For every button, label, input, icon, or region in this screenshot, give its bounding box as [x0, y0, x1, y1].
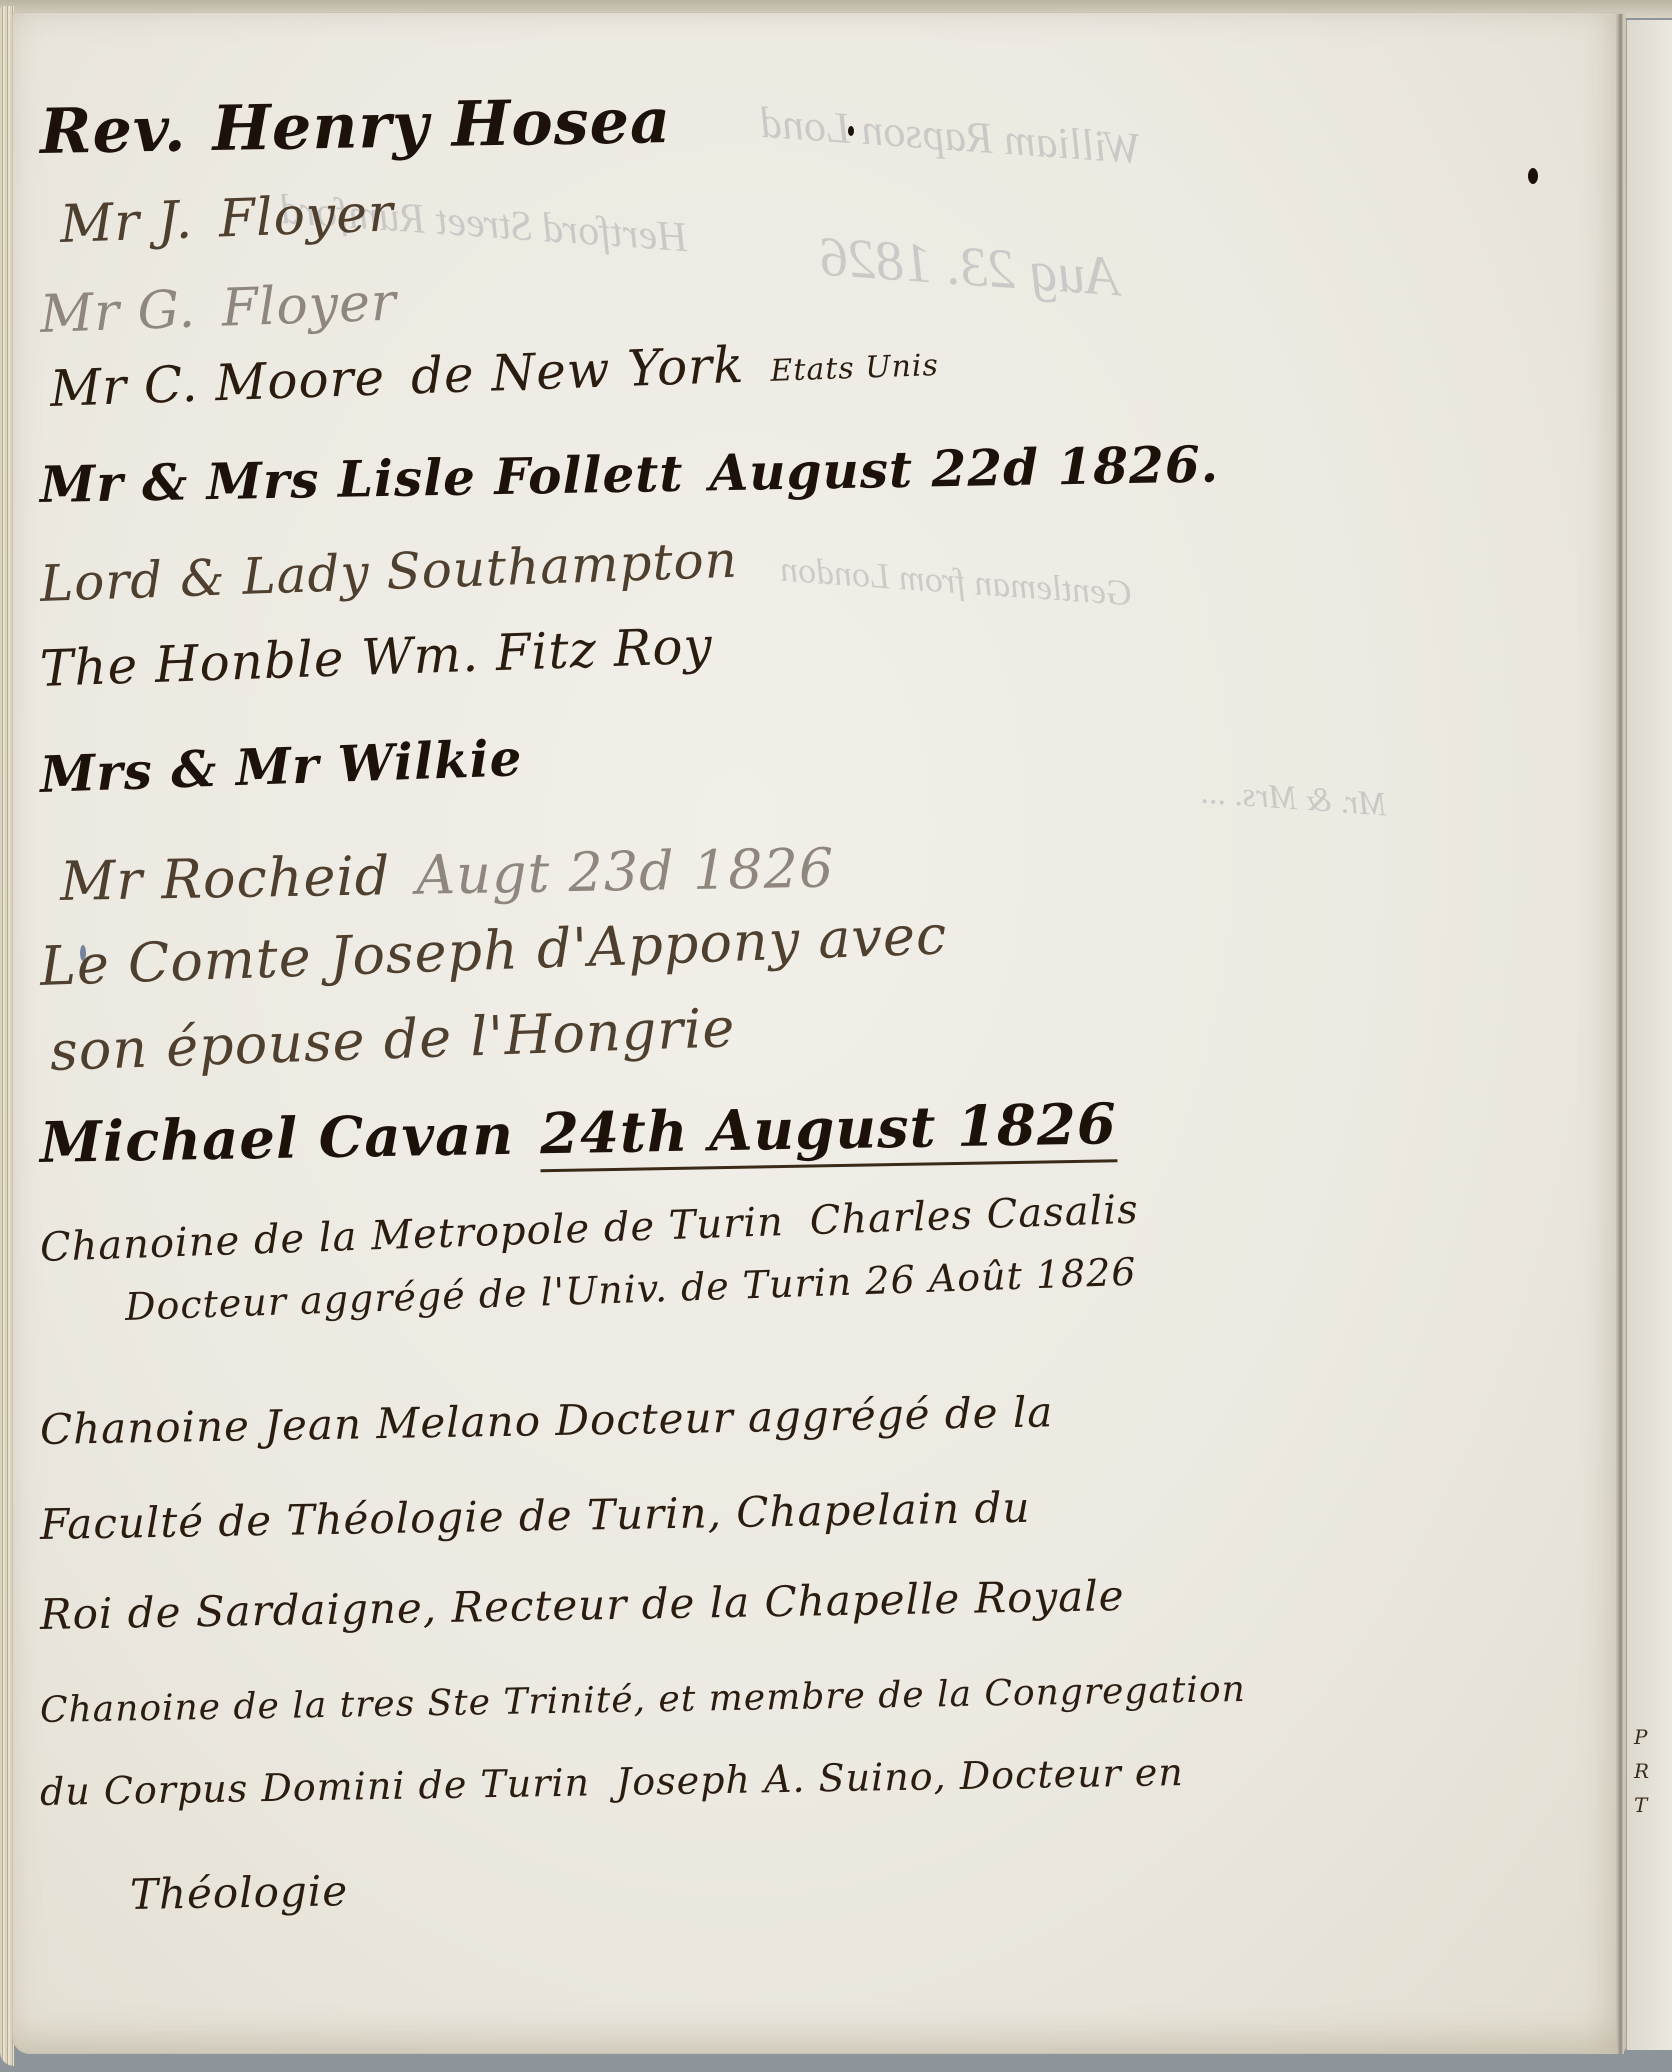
ink-blot	[1528, 168, 1538, 184]
register-entry-hosea: Rev.Henry Hosea	[39, 84, 697, 168]
entry-text: Michael Cavan	[39, 1102, 514, 1176]
entry-text: Mr & Mrs Lisle Follett	[39, 444, 683, 514]
blue-ink-mark	[80, 945, 86, 961]
entry-text: Théologie	[130, 1866, 349, 1919]
entry-text: Mr G.	[39, 280, 197, 345]
entry-text: Henry Hosea	[212, 84, 672, 165]
adjacent-page-letter: R	[1634, 1754, 1670, 1788]
entry-text: Floyer	[221, 273, 398, 339]
entry-text: de New York	[410, 336, 745, 406]
binding-gutter	[1616, 14, 1624, 2054]
ink-blot	[848, 126, 854, 136]
entry-text: 24th August 1826	[539, 1091, 1117, 1172]
adjacent-page-letter: P	[1634, 1720, 1670, 1754]
entry-text: Floyer	[218, 183, 395, 249]
register-entry-floyer-j: Mr J.Floyer	[59, 182, 421, 255]
entry-text: Mr C. Moore	[49, 348, 386, 418]
entry-text: Augt 23d 1826	[416, 836, 835, 906]
entry-text: Mr J.	[59, 190, 194, 255]
entry-text: August 22d 1826.	[709, 434, 1220, 502]
adjacent-page-text: PRT	[1634, 1720, 1670, 1822]
entry-text: Mr Rocheid	[59, 844, 390, 913]
register-entry-suino-3: Théologie	[130, 1866, 375, 1919]
entry-text: Rev.	[39, 92, 187, 168]
entry-text: Etats Unis	[770, 348, 940, 389]
adjacent-page-letter: T	[1634, 1788, 1670, 1822]
